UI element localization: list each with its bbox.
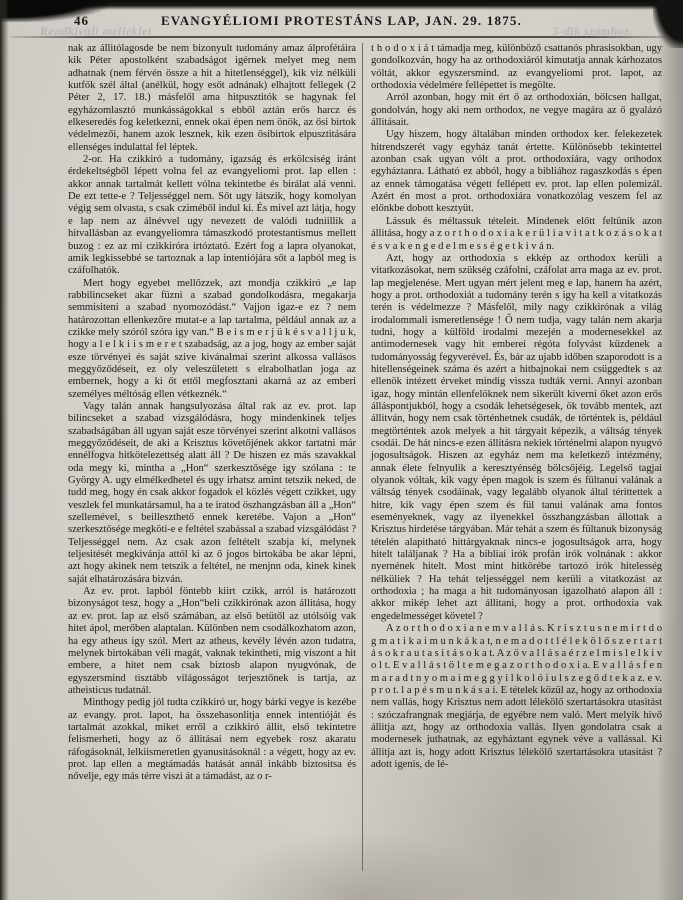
paragraph: 2-or. Ha czikkiró a tudomány, igazság és… bbox=[68, 154, 356, 277]
right-column: t h o d o x i á t támadja meg, különböző… bbox=[363, 43, 662, 885]
masthead-title: EVANGYÉLIOMI PROTESTÁNS LAP, JAN. 29. 18… bbox=[0, 13, 683, 29]
paragraph: Arról azonban, hogy mit ért ő az orthodo… bbox=[371, 92, 662, 129]
header-rule bbox=[10, 36, 670, 38]
paragraph: Azt, hogy az orthodoxia s ekkép az ortho… bbox=[371, 253, 662, 623]
text-columns: nak az állitólagosde be nem bizonyult tu… bbox=[68, 43, 662, 885]
scanned-newspaper-page: Rendkívüli melléklet 5-dik számhoz. 46 E… bbox=[0, 0, 683, 900]
paragraph: Minthogy pedig jól tudta czikkiró ur, ho… bbox=[68, 697, 356, 783]
paragraph: Vagy talán annak hangsulyozása által rak… bbox=[68, 401, 356, 586]
paragraph: A z o r t h o d o x i a n e m v a l l á … bbox=[371, 623, 662, 771]
paragraph: nak az állitólagosde be nem bizonyult tu… bbox=[68, 43, 356, 154]
paragraph: Mert hogy egyebet mellőzzek, azt mondja … bbox=[68, 278, 356, 401]
paragraph: Lássuk és méltassuk tételeit. Mindenek e… bbox=[371, 216, 662, 253]
paragraph: Ugy hiszem, hogy általában minden orthod… bbox=[371, 129, 662, 215]
paragraph: Az ev. prot. lapból föntebb kiirt czikk,… bbox=[68, 586, 356, 697]
scan-edge-left bbox=[0, 0, 9, 900]
paragraph: t h o d o x i á t támadja meg, különböző… bbox=[371, 43, 662, 92]
left-column: nak az állitólagosde be nem bizonyult tu… bbox=[68, 43, 362, 885]
page-header: Rendkívüli melléklet 5-dik számhoz. 46 E… bbox=[0, 0, 683, 40]
